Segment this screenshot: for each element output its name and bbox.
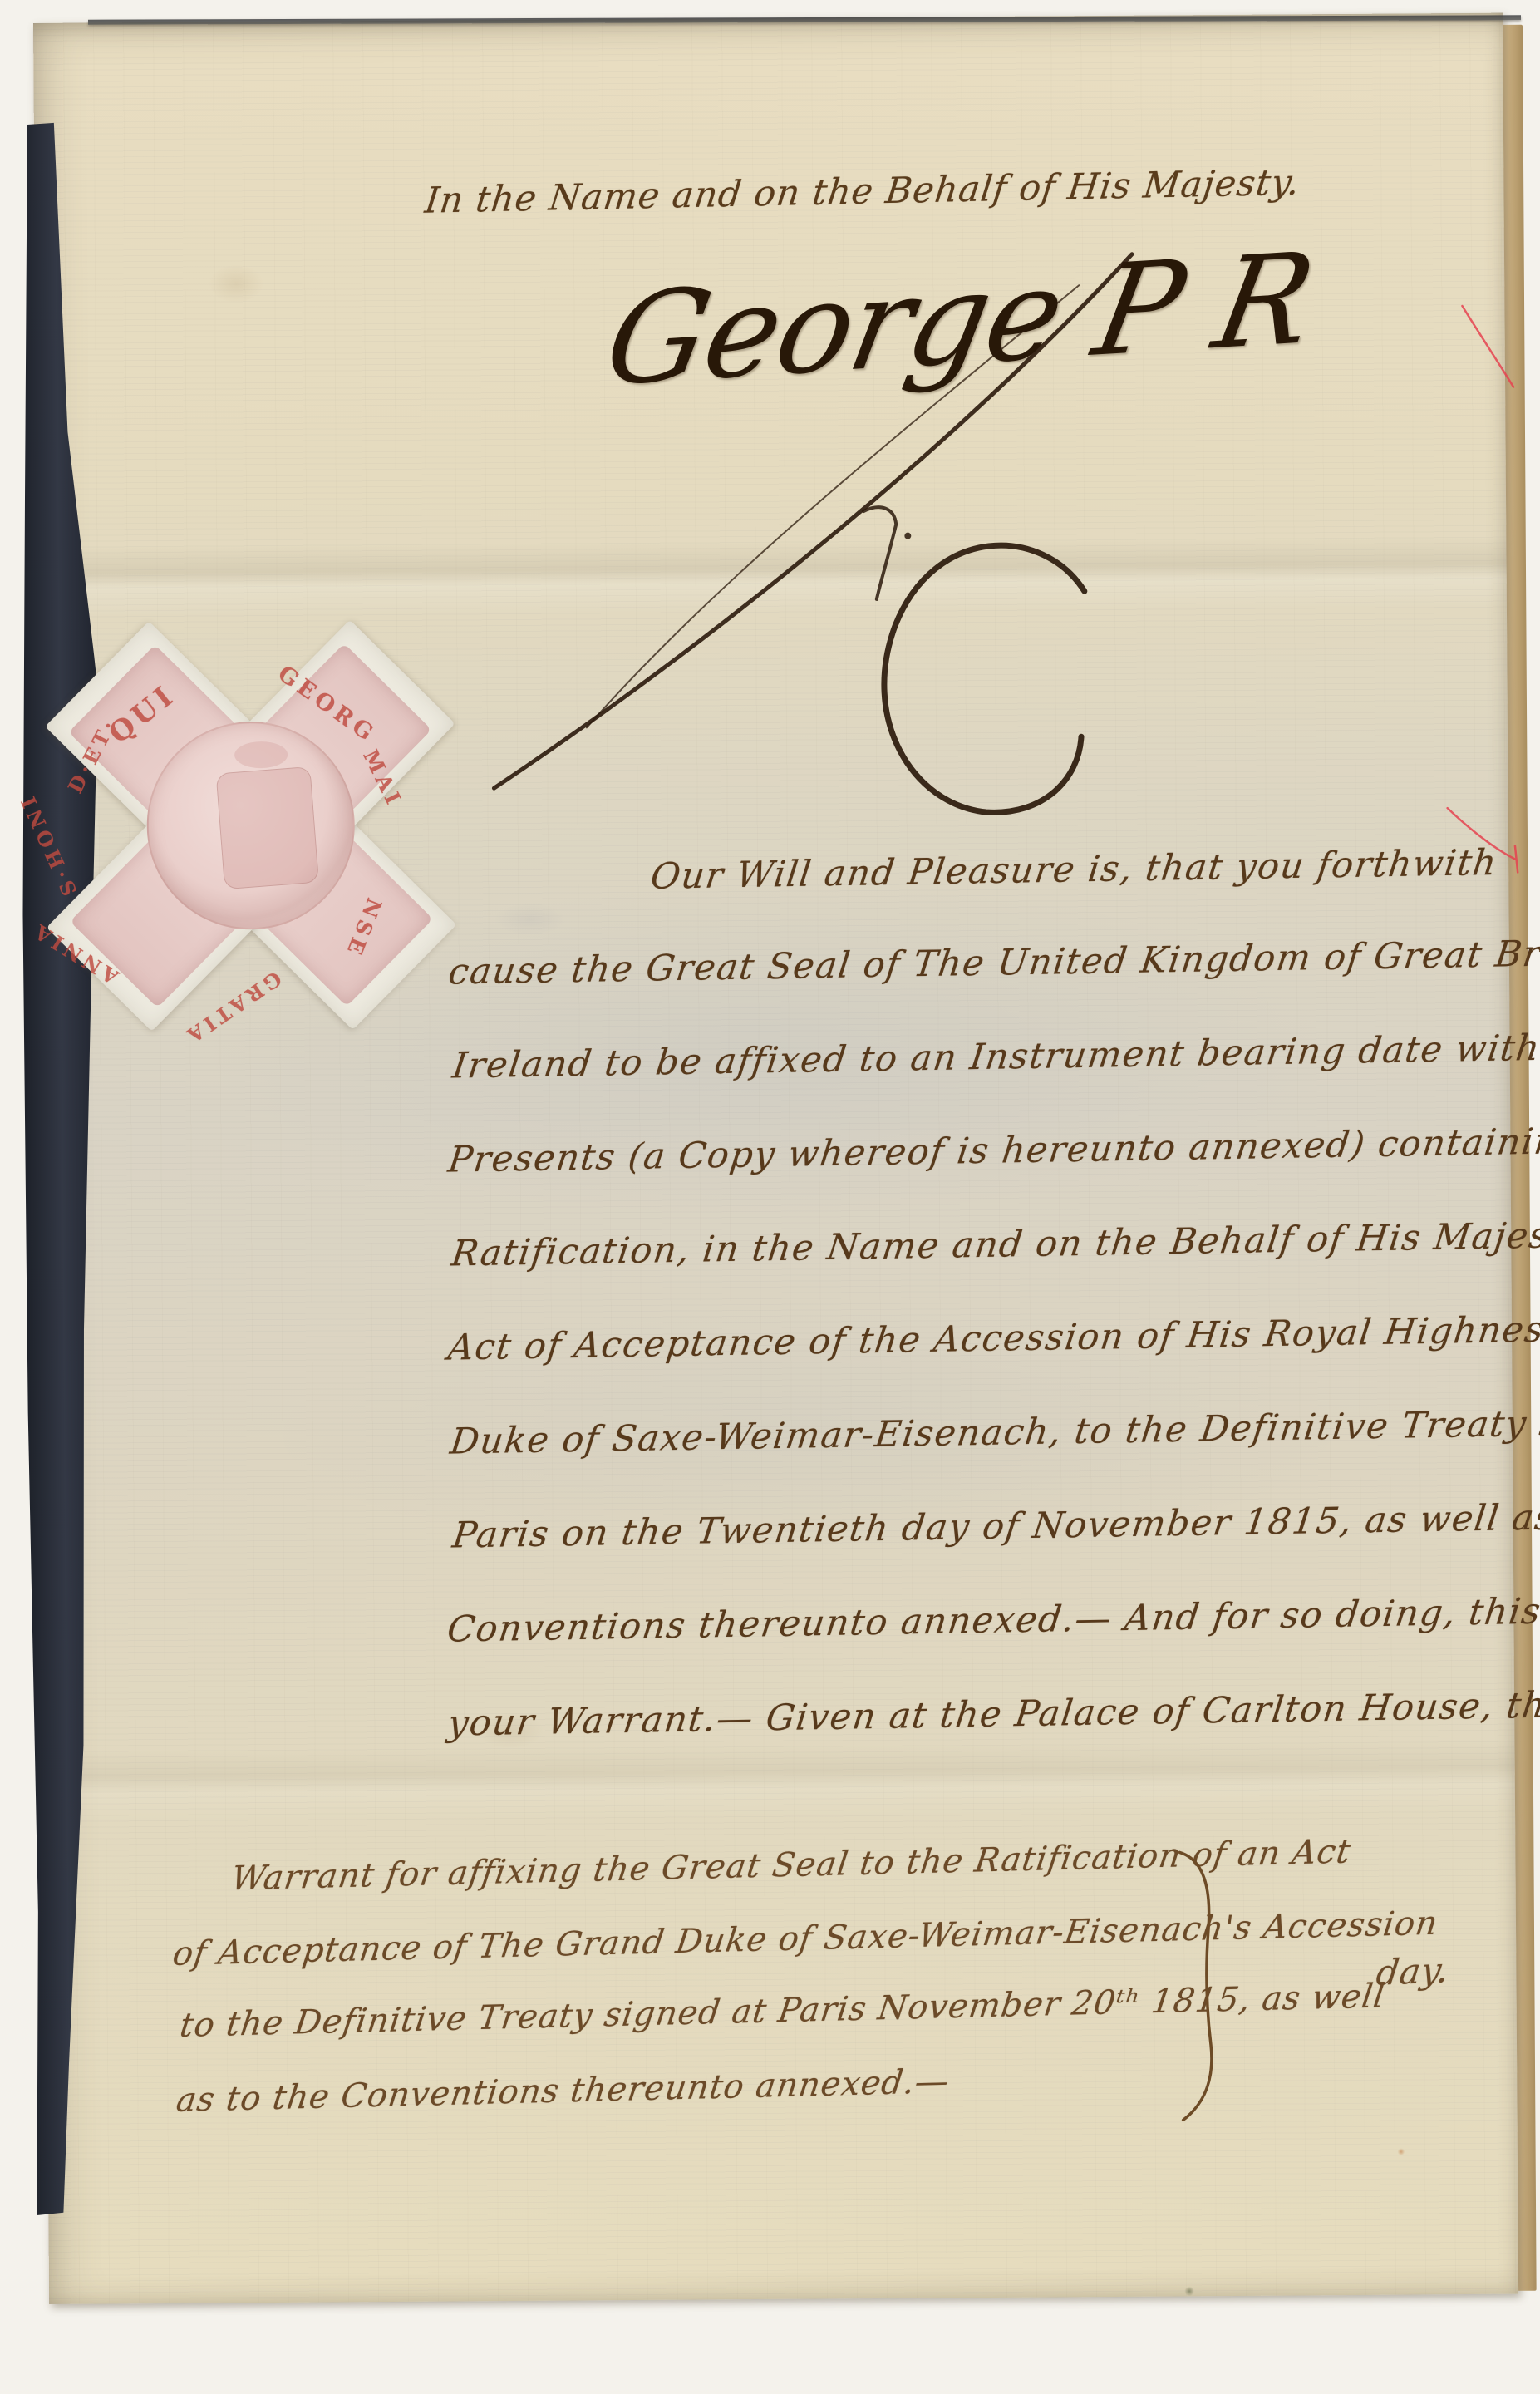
royal-signature: George P R	[595, 226, 1323, 414]
body-line: Ratification, in the Name and on the Beh…	[449, 1213, 1540, 1275]
body-line: cause the Great Seal of The United Kingd…	[446, 930, 1540, 993]
docket-line: to the Definitive Treaty signed at Paris…	[178, 1977, 1388, 2045]
document-scan: QUI D·ET· GEORG MAI NSE GRATIA ANNIA S·H…	[0, 0, 1540, 2394]
warrant-page: QUI D·ET· GEORG MAI NSE GRATIA ANNIA S·H…	[33, 13, 1518, 2304]
docket-line: as to the Conventions thereunto annexed.…	[174, 2062, 952, 2120]
body-line: Presents (a Copy whereof is hereunto ann…	[445, 1119, 1540, 1180]
body-line: Our Will and Pleasure is, that you forth…	[648, 842, 1499, 898]
seal-crown-relief	[234, 741, 288, 768]
docket-line: Warrant for affixing the Great Seal to t…	[229, 1832, 1354, 1898]
body-line: Duke of Saxe-Weimar-Eisenach, to the Def…	[448, 1400, 1540, 1462]
body-line: Ireland to be affixed to an Instrument b…	[450, 1025, 1540, 1086]
body-line: Act of Acceptance of the Accession of Hi…	[445, 1305, 1540, 1369]
body-line: Conventions thereunto annexed.— And for …	[445, 1588, 1540, 1650]
royal-wafer-seal: QUI D·ET· GEORG MAI NSE GRATIA ANNIA S·H…	[62, 613, 440, 1039]
invocation-heading: In the Name and on the Behalf of His Maj…	[423, 162, 1302, 222]
docket-line: of Acceptance of The Grand Duke of Saxe-…	[170, 1904, 1440, 1973]
seal-inscription-fragment: S·HONI	[14, 790, 81, 900]
seal-shield-relief	[216, 766, 319, 889]
body-line: your Warrant.— Given at the Palace of Ca…	[445, 1680, 1540, 1744]
seal-center-arms	[146, 721, 356, 930]
body-line: Paris on the Twentieth day of November 1…	[450, 1495, 1540, 1557]
